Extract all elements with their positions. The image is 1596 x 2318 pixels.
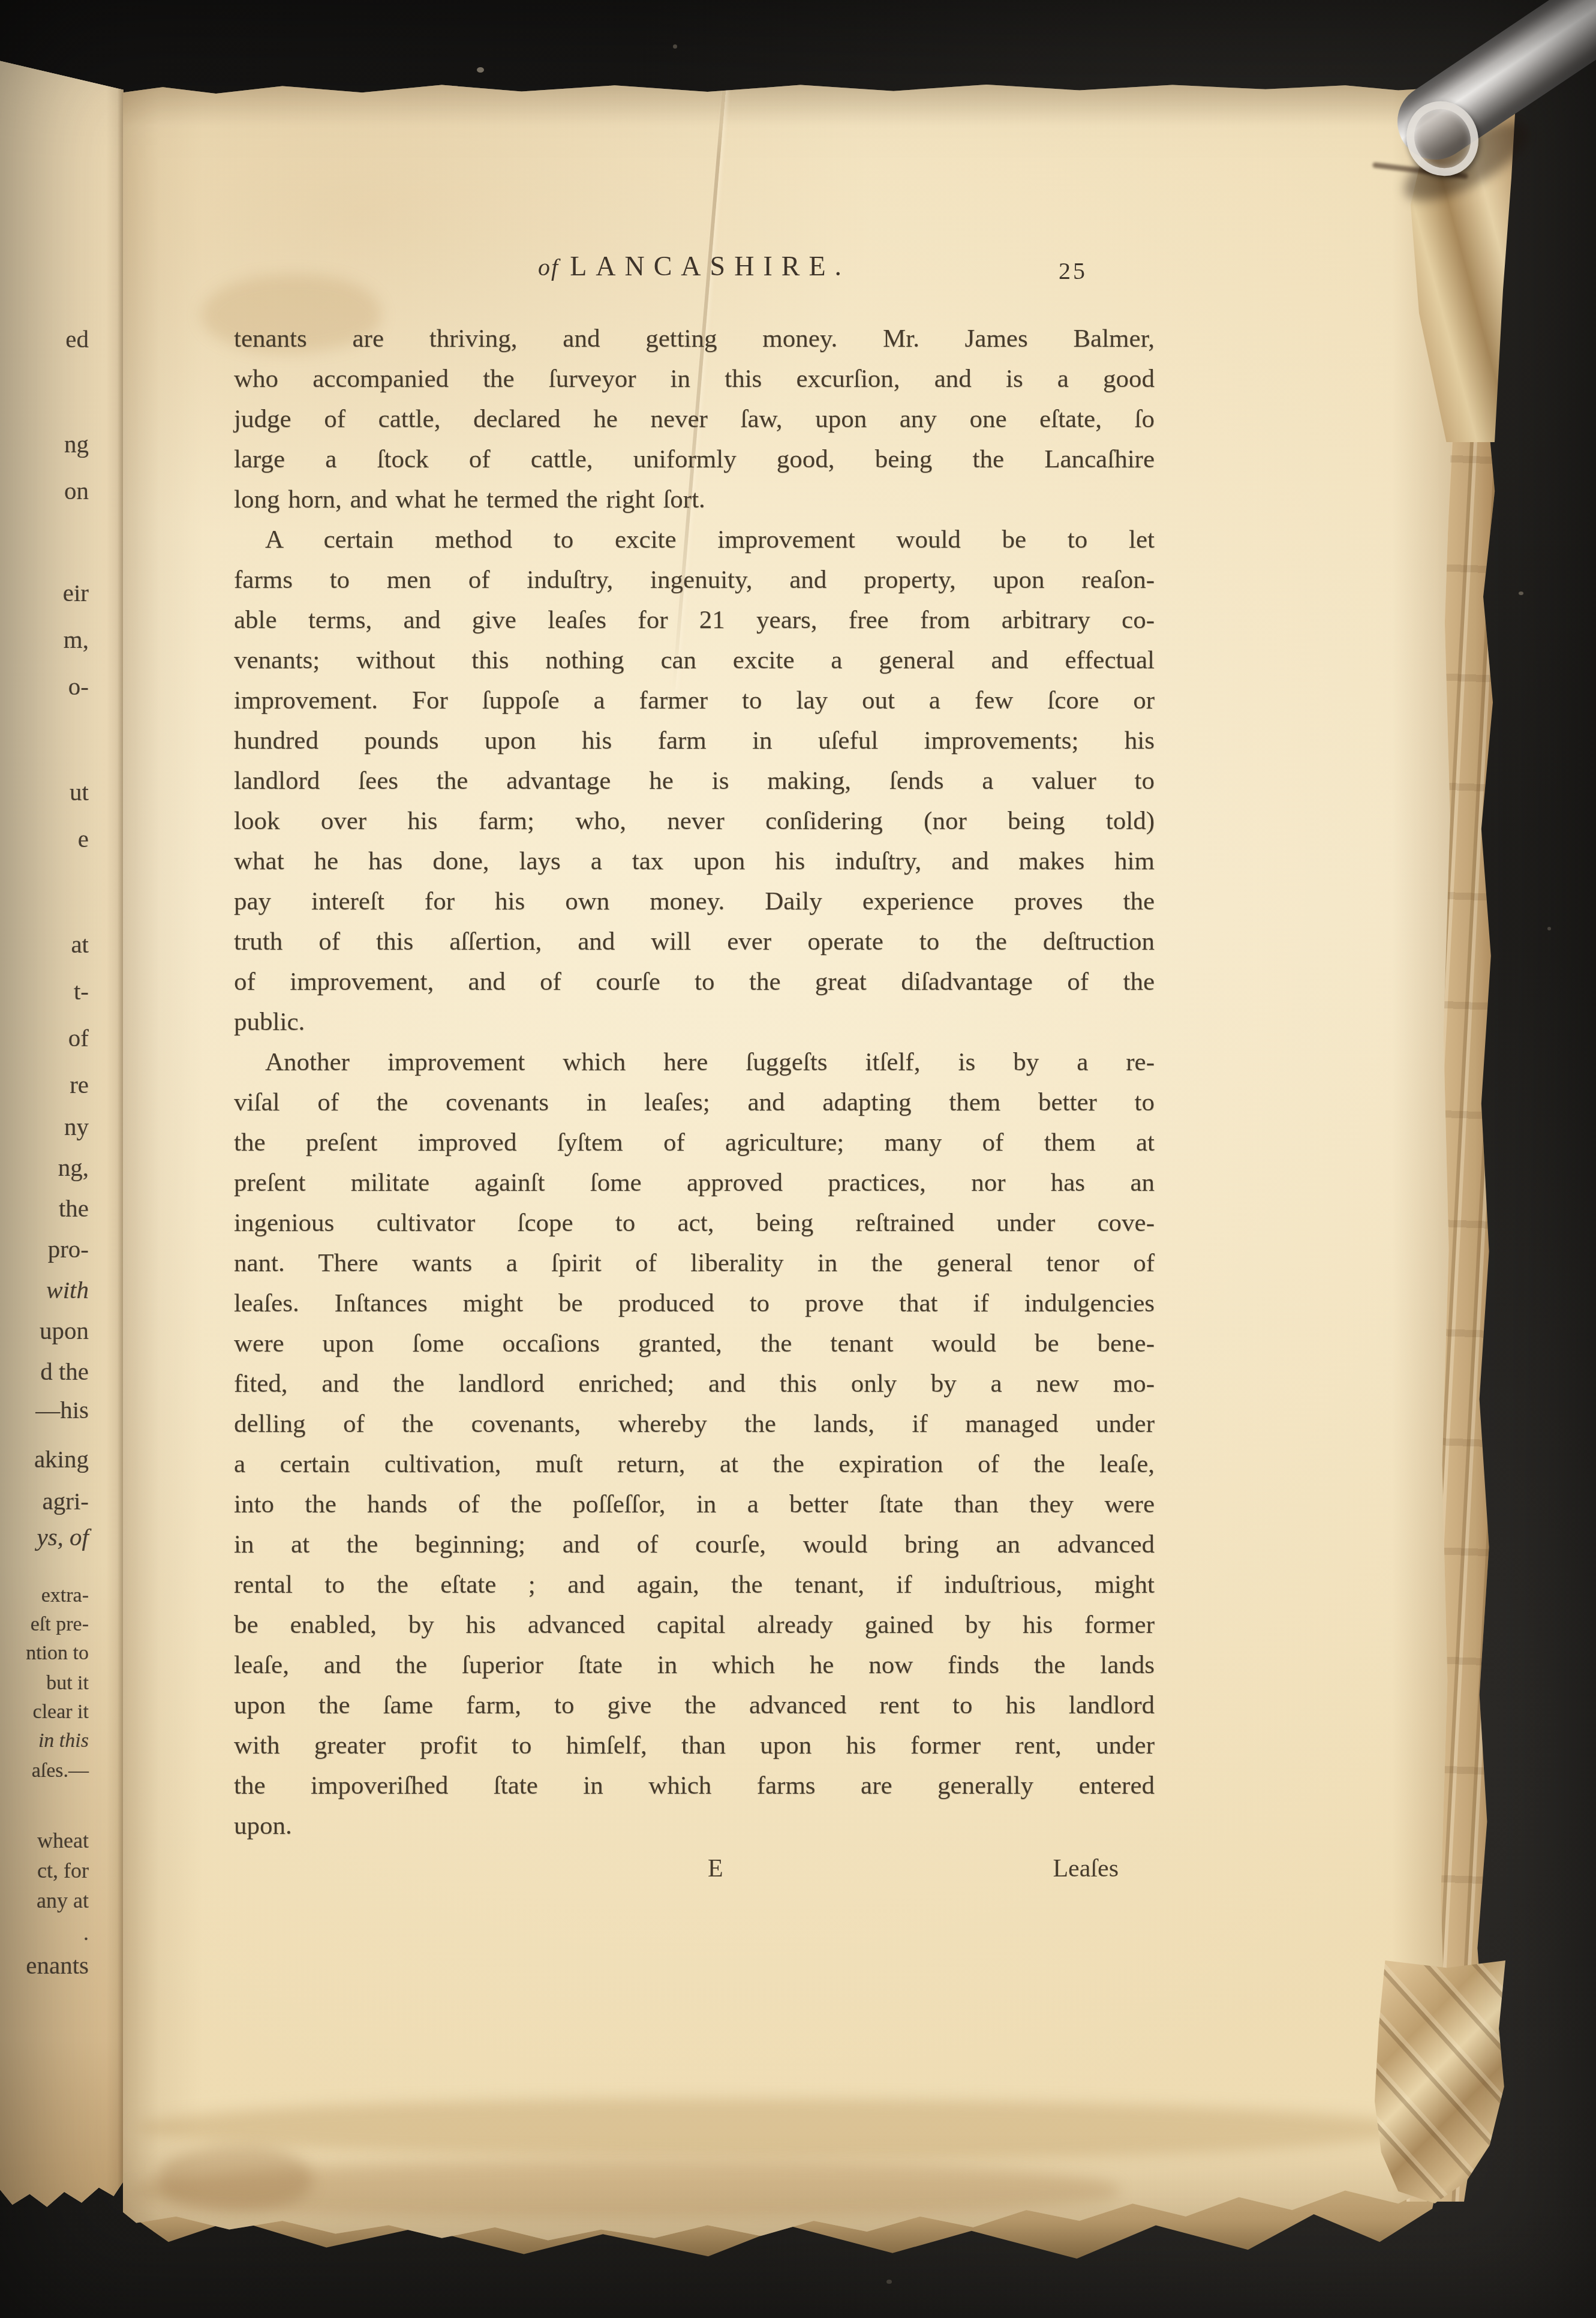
text-line: a certain cultivation, muſt return, at t… bbox=[234, 1444, 1155, 1484]
text-line: venants; without this nothing can excite… bbox=[234, 640, 1155, 680]
facing-page-text-fragment: ng, bbox=[58, 1153, 89, 1182]
text-line: the impoveriſhed ſtate in which farms ar… bbox=[234, 1765, 1155, 1806]
text-line: improvement. For ſuppoſe a farmer to lay… bbox=[234, 680, 1155, 720]
facing-page-text-fragment: clear it bbox=[33, 1701, 89, 1724]
text-line: into the hands of the poſſeſſor, in a be… bbox=[234, 1484, 1155, 1524]
stain-blotch-bottom-left bbox=[156, 2146, 312, 2212]
text-line: tenants are thriving, and getting money.… bbox=[234, 319, 1155, 359]
facing-page-text-fragment: aſes.— bbox=[32, 1759, 89, 1782]
dust-speck bbox=[1519, 591, 1523, 595]
crumpled-corner-bottom-right bbox=[1375, 1960, 1505, 2203]
text-line: in at the beginning; and of courſe, woul… bbox=[234, 1524, 1155, 1565]
text-line: ingenious cultivator ſcope to act, being… bbox=[234, 1203, 1155, 1243]
dust-speck bbox=[477, 67, 484, 73]
page-number: 25 bbox=[1059, 252, 1087, 290]
text-line: leaſes. Inſtances might be produced to p… bbox=[234, 1283, 1155, 1323]
text-line: look over his farm; who, never conſideri… bbox=[234, 801, 1155, 841]
dust-speck bbox=[673, 44, 677, 49]
facing-page-text-fragment: agri- bbox=[43, 1487, 89, 1515]
text-line: upon the ſame farm, to give the advanced… bbox=[234, 1685, 1155, 1725]
text-line: truth of this aſſertion, and will ever o… bbox=[234, 921, 1155, 962]
text-line: preſent militate againſt ſome approved p… bbox=[234, 1163, 1155, 1203]
book-page: ofLANCASHIRE. 25 tenants are thriving, a… bbox=[123, 83, 1451, 2242]
text-line: able terms, and give leaſes for 21 years… bbox=[234, 600, 1155, 640]
text-line: what he has done, lays a tax upon his in… bbox=[234, 841, 1155, 881]
text-line: A certain method to excite improvement w… bbox=[234, 520, 1155, 560]
text-line: rental to the eſtate ; and again, the te… bbox=[234, 1565, 1155, 1605]
text-line: nant. There wants a ſpirit of liberality… bbox=[234, 1243, 1155, 1283]
facing-page-text-fragment: . bbox=[83, 1920, 89, 1945]
facing-page-text-fragment: d the bbox=[40, 1357, 89, 1386]
facing-page-text-fragment: ny bbox=[64, 1112, 89, 1141]
facing-page-text-fragment: of bbox=[68, 1023, 89, 1052]
facing-page-text-fragment: aking bbox=[34, 1445, 89, 1473]
facing-page-text-fragment: upon bbox=[40, 1316, 89, 1345]
facing-page-text-fragment: with bbox=[46, 1275, 89, 1304]
signature-row: E Leaſes bbox=[234, 1854, 1155, 1894]
facing-page-text-fragment: ng bbox=[64, 430, 89, 458]
facing-page-text-fragment: wheat bbox=[37, 1828, 89, 1853]
text-line: leaſe, and the ſuperior ſtate in which h… bbox=[234, 1645, 1155, 1685]
facing-page-text-fragment: ct, for bbox=[37, 1858, 89, 1883]
dust-speck bbox=[1547, 927, 1551, 930]
text-line: pay intereſt for his own money. Daily ex… bbox=[234, 881, 1155, 921]
text-line: public. bbox=[234, 1002, 1155, 1042]
text-line: viſal of the covenants in leaſes; and ad… bbox=[234, 1082, 1155, 1122]
text-line: who accompanied the ſurveyor in this exc… bbox=[234, 359, 1155, 399]
text-line: with greater profit to himſelf, than upo… bbox=[234, 1725, 1155, 1765]
text-line: Another improvement which here ſuggeſts … bbox=[234, 1042, 1155, 1082]
text-line: landlord ſees the advantage he is making… bbox=[234, 761, 1155, 801]
facing-page-text-fragment: pro- bbox=[48, 1235, 89, 1263]
facing-page-text-fragment: re bbox=[70, 1070, 89, 1099]
text-line: large a ſtock of cattle, uniformly good,… bbox=[234, 439, 1155, 479]
text-line: delling of the covenants, whereby the la… bbox=[234, 1404, 1155, 1444]
header-of-word: of bbox=[538, 254, 559, 281]
facing-page-text-fragment: the bbox=[59, 1194, 89, 1223]
text-line: long horn, and what he termed the right … bbox=[234, 479, 1155, 520]
running-header: ofLANCASHIRE. 25 bbox=[234, 247, 1155, 292]
book-photograph: edngoneirm,o-uteatt-ofrenyng,thepro-with… bbox=[0, 0, 1596, 2318]
facing-page-text-fragment: ed bbox=[65, 325, 89, 353]
stain-band-lower bbox=[135, 2098, 1412, 2158]
facing-page-text-fragment: but it bbox=[46, 1672, 89, 1695]
facing-page-text-fragment: at bbox=[71, 930, 89, 959]
facing-page-text-fragment: —his bbox=[35, 1395, 89, 1424]
gathering-signature: E bbox=[708, 1854, 723, 1883]
dust-speck bbox=[886, 2280, 892, 2284]
facing-page-text-fragment: eir bbox=[63, 578, 89, 607]
catchword: Leaſes bbox=[1053, 1854, 1119, 1883]
header-title: LANCASHIRE. bbox=[570, 251, 850, 281]
text-line: hundred pounds upon his farm in uſeful i… bbox=[234, 720, 1155, 761]
text-line: the preſent improved ſyſtem of agricultu… bbox=[234, 1122, 1155, 1163]
facing-page-text-fragment: ut bbox=[70, 777, 89, 806]
text-line: of improvement, and of courſe to the gre… bbox=[234, 962, 1155, 1002]
facing-page-text-fragment: any at bbox=[37, 1888, 89, 1913]
facing-page-text-fragment: e bbox=[78, 824, 89, 853]
facing-page-text-fragment: extra- bbox=[41, 1584, 89, 1607]
text-line: be enabled, by his advanced capital alre… bbox=[234, 1605, 1155, 1645]
printed-text-block: ofLANCASHIRE. 25 tenants are thriving, a… bbox=[234, 247, 1155, 1894]
text-line: upon. bbox=[234, 1806, 1155, 1846]
facing-page-edge: edngoneirm,o-uteatt-ofrenyng,thepro-with… bbox=[0, 58, 124, 2211]
facing-page-text-fragment: ntion to bbox=[26, 1642, 89, 1665]
facing-page-text-fragment: enants bbox=[26, 1951, 89, 1980]
facing-page-text-fragment: ys, of bbox=[37, 1523, 89, 1551]
facing-page-text-fragment: t- bbox=[74, 977, 89, 1005]
facing-page-text-fragment: m, bbox=[64, 625, 89, 654]
text-line: were upon ſome occaſions granted, the te… bbox=[234, 1323, 1155, 1364]
facing-page-text-fragment: o- bbox=[68, 672, 89, 701]
text-line: fited, and the landlord enriched; and th… bbox=[234, 1364, 1155, 1404]
facing-page-text-fragment: on bbox=[64, 476, 89, 505]
text-line: judge of cattle, declared he never ſaw, … bbox=[234, 399, 1155, 439]
body-text: tenants are thriving, and getting money.… bbox=[234, 319, 1155, 1846]
facing-page-text-fragment: eſt pre- bbox=[31, 1613, 89, 1636]
facing-page-text-fragment: in this bbox=[38, 1730, 89, 1752]
text-line: farms to men of induſtry, ingenuity, and… bbox=[234, 560, 1155, 600]
